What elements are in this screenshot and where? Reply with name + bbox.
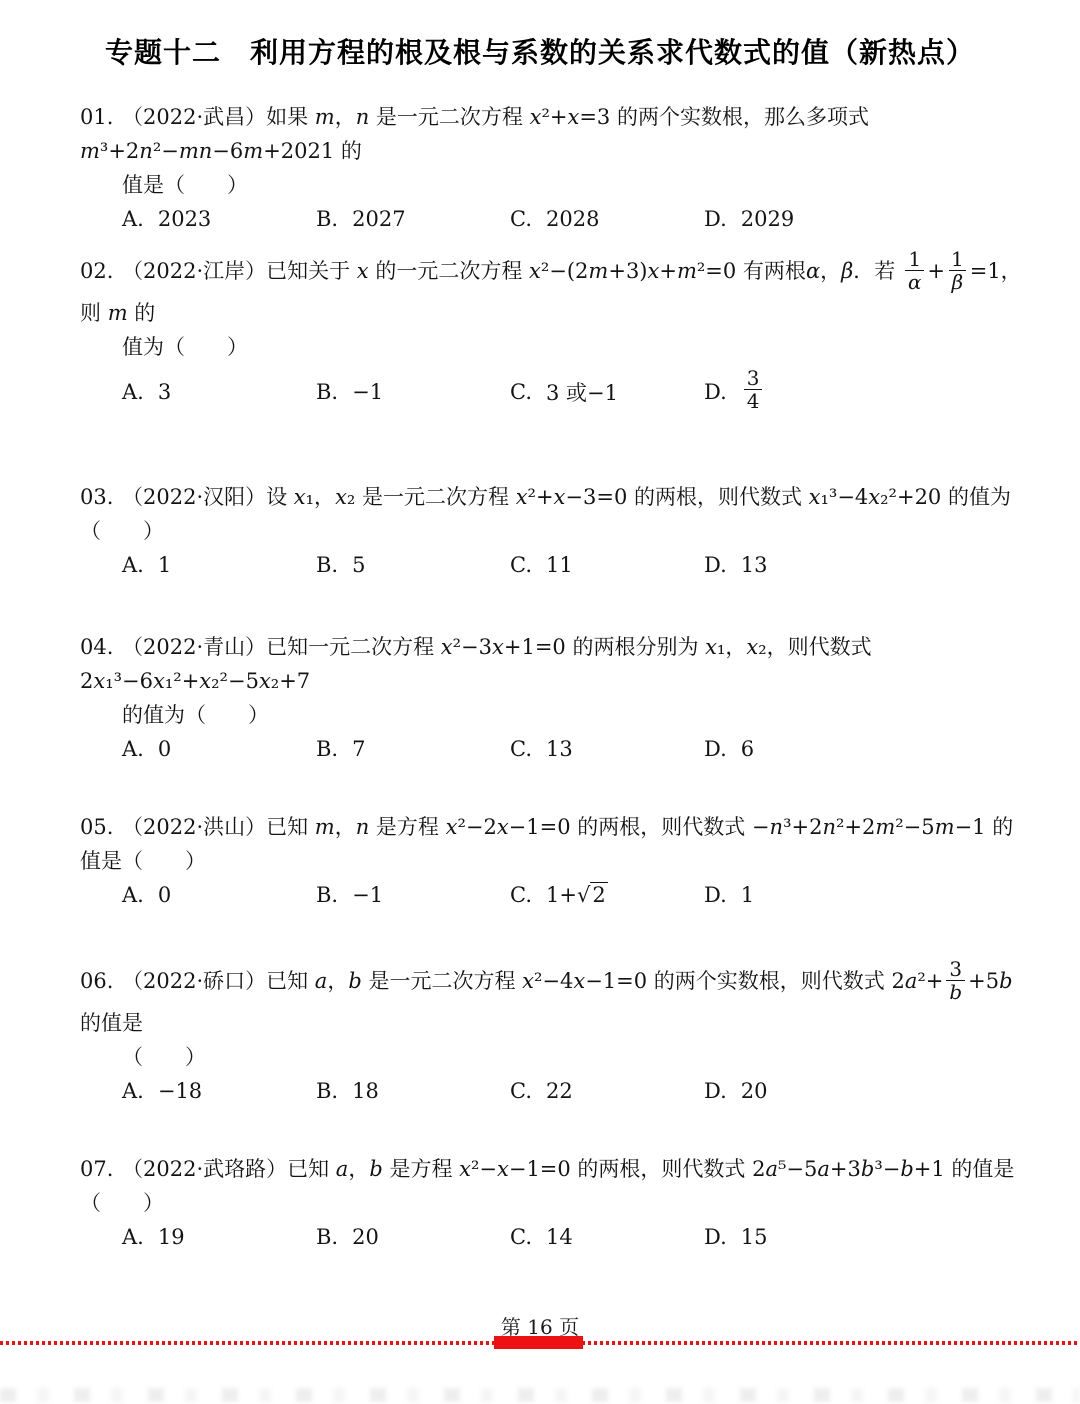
question-text: （2022·武昌）如果 m，n 是一元二次方程 x²+x=3 的两个实数根，那么… <box>80 105 869 163</box>
option-b: B.7 <box>316 737 510 761</box>
question-item: 06.（2022·硚口）已知 a，b 是一元二次方程 x²−4x−1=0 的两个… <box>80 960 1022 1103</box>
option-b: B.2027 <box>316 207 510 231</box>
option-label: C. <box>510 1079 532 1103</box>
option-label: B. <box>316 1225 338 1249</box>
option-c: C.3 或−1 <box>510 377 704 407</box>
question-line: 的值为（ ） <box>80 698 1022 732</box>
option-label: C. <box>510 883 532 907</box>
option-label: C. <box>510 380 532 404</box>
option-label: A. <box>122 553 144 577</box>
option-a: A.3 <box>122 380 316 404</box>
option-label: D. <box>704 1079 727 1103</box>
fraction: 1α <box>905 248 924 294</box>
options-row: A.1B.5C.11D.13 <box>80 553 1022 577</box>
option-b: B.−1 <box>316 380 510 404</box>
question-line: 06.（2022·硚口）已知 a，b 是一元二次方程 x²−4x−1=0 的两个… <box>80 960 1022 1040</box>
option-b: B.−1 <box>316 883 510 907</box>
page-title: 专题十二 利用方程的根及根与系数的关系求代数式的值（新热点） <box>0 31 1080 71</box>
option-c: C.14 <box>510 1225 704 1249</box>
question-line: 01.（2022·武昌）如果 m，n 是一元二次方程 x²+x=3 的两个实数根… <box>80 100 1022 168</box>
option-a: A.0 <box>122 737 316 761</box>
options-row: A.0B.−1C.1+√2D.1 <box>80 883 1022 907</box>
question-line: 02.（2022·江岸）已知关于 x 的一元二次方程 x²−(2m+3)x+m²… <box>80 250 1022 330</box>
option-value: 14 <box>546 1225 573 1249</box>
option-value: 22 <box>546 1079 573 1103</box>
option-value: 19 <box>158 1225 185 1249</box>
question-text: （2022·硚口）已知 a，b 是一元二次方程 x²−4x−1=0 的两个实数根… <box>80 969 1013 1034</box>
option-label: B. <box>316 553 338 577</box>
question-item: 05.（2022·洪山）已知 m，n 是方程 x²−2x−1=0 的两根，则代数… <box>80 810 1022 907</box>
option-value: −1 <box>352 883 383 907</box>
option-value: 18 <box>352 1079 379 1103</box>
option-value: 2023 <box>158 207 211 231</box>
option-label: C. <box>510 207 532 231</box>
option-b: B.18 <box>316 1079 510 1103</box>
option-value: 1 <box>158 553 171 577</box>
option-value: 20 <box>352 1225 379 1249</box>
question-number: 06. <box>80 964 122 998</box>
option-value: 13 <box>741 553 768 577</box>
question-item: 07.（2022·武珞路）已知 a，b 是方程 x²−x−1=0 的两根，则代数… <box>80 1152 1022 1249</box>
option-label: A. <box>122 207 144 231</box>
question-item: 04.（2022·青山）已知一元二次方程 x²−3x+1=0 的两根分别为 x₁… <box>80 630 1022 761</box>
option-label: B. <box>316 883 338 907</box>
option-c: C.1+√2 <box>510 883 704 907</box>
option-value: 13 <box>546 737 573 761</box>
option-d: D.15 <box>704 1225 1022 1249</box>
question-line: 03.（2022·汉阳）设 x₁，x₂ 是一元二次方程 x²+x−3=0 的两根… <box>80 480 1022 548</box>
question-line: （ ） <box>80 1040 1022 1074</box>
question-number: 02. <box>80 254 122 288</box>
question-line: 05.（2022·洪山）已知 m，n 是方程 x²−2x−1=0 的两根，则代数… <box>80 810 1022 878</box>
fraction: 1β <box>948 248 967 294</box>
option-a: A.1 <box>122 553 316 577</box>
option-value: 15 <box>741 1225 768 1249</box>
option-label: B. <box>316 737 338 761</box>
option-a: A.−18 <box>122 1079 316 1103</box>
footer-red-highlight <box>494 1336 583 1349</box>
question-number: 03. <box>80 480 122 514</box>
option-label: D. <box>704 207 727 231</box>
question-extra-lines: 的值为（ ） <box>80 698 1022 732</box>
option-value: 2028 <box>546 207 599 231</box>
question-number: 01. <box>80 100 122 134</box>
option-a: A.0 <box>122 883 316 907</box>
option-label: B. <box>316 207 338 231</box>
options-row: A.3B.−1C.3 或−1D.34 <box>80 369 1022 415</box>
question-extra-lines: （ ） <box>80 1040 1022 1074</box>
question-text: （2022·武珞路）已知 a，b 是方程 x²−x−1=0 的两根，则代数式 2… <box>80 1157 1014 1215</box>
option-label: D. <box>704 883 727 907</box>
option-d: D.6 <box>704 737 1022 761</box>
question-text: （2022·青山）已知一元二次方程 x²−3x+1=0 的两根分别为 x₁，x₂… <box>80 635 872 693</box>
question-extra-lines: 值是（ ） <box>80 168 1022 202</box>
question-text: （2022·汉阳）设 x₁，x₂ 是一元二次方程 x²+x−3=0 的两根，则代… <box>80 485 1011 543</box>
option-label: A. <box>122 380 144 404</box>
question-item: 03.（2022·汉阳）设 x₁，x₂ 是一元二次方程 x²+x−3=0 的两根… <box>80 480 1022 577</box>
option-label: B. <box>316 1079 338 1103</box>
question-number: 04. <box>80 630 122 664</box>
option-value: −1 <box>352 380 383 404</box>
option-label: A. <box>122 737 144 761</box>
option-a: A.19 <box>122 1225 316 1249</box>
option-label: C. <box>510 1225 532 1249</box>
option-value: 11 <box>546 553 573 577</box>
sqrt: √2 <box>577 882 608 907</box>
option-label: C. <box>510 553 532 577</box>
option-label: D. <box>704 737 727 761</box>
option-c: C.13 <box>510 737 704 761</box>
option-d: D.13 <box>704 553 1022 577</box>
fraction: 3b <box>946 958 965 1004</box>
option-c: C.22 <box>510 1079 704 1103</box>
option-label: D. <box>704 1225 727 1249</box>
question-extra-lines: 值为（ ） <box>80 330 1022 364</box>
option-value: 7 <box>352 737 365 761</box>
question-item: 02.（2022·江岸）已知关于 x 的一元二次方程 x²−(2m+3)x+m²… <box>80 250 1022 414</box>
option-b: B.5 <box>316 553 510 577</box>
options-row: A.19B.20C.14D.15 <box>80 1225 1022 1249</box>
option-label: B. <box>316 380 338 404</box>
option-a: A.2023 <box>122 207 316 231</box>
option-value: 3 或−1 <box>546 377 618 407</box>
option-value: 2027 <box>352 207 405 231</box>
question-line: 07.（2022·武珞路）已知 a，b 是方程 x²−x−1=0 的两根，则代数… <box>80 1152 1022 1220</box>
question-line: 值为（ ） <box>80 330 1022 364</box>
option-value: 0 <box>158 883 171 907</box>
option-b: B.20 <box>316 1225 510 1249</box>
option-d: D.20 <box>704 1079 1022 1103</box>
question-number: 07. <box>80 1152 122 1186</box>
option-label: A. <box>122 883 144 907</box>
question-line: 值是（ ） <box>80 168 1022 202</box>
option-label: C. <box>510 737 532 761</box>
option-value: 20 <box>741 1079 768 1103</box>
option-c: C.11 <box>510 553 704 577</box>
option-d: D.1 <box>704 883 1022 907</box>
option-label: D. <box>704 553 727 577</box>
question-item: 01.（2022·武昌）如果 m，n 是一元二次方程 x²+x=3 的两个实数根… <box>80 100 1022 231</box>
option-d: D.2029 <box>704 207 1022 231</box>
option-value: 5 <box>352 553 365 577</box>
worksheet-page: 专题十二 利用方程的根及根与系数的关系求代数式的值（新热点） 01.（2022·… <box>0 0 1080 1404</box>
scan-artifact <box>0 1388 1080 1402</box>
option-value: 1+√2 <box>546 883 608 907</box>
option-value: 2029 <box>741 207 794 231</box>
question-number: 05. <box>80 810 122 844</box>
option-value: 0 <box>158 737 171 761</box>
option-label: D. <box>704 380 727 404</box>
option-value: 34 <box>741 369 766 415</box>
option-value: −18 <box>158 1079 202 1103</box>
options-row: A.−18B.18C.22D.20 <box>80 1079 1022 1103</box>
question-text: （2022·洪山）已知 m，n 是方程 x²−2x−1=0 的两根，则代数式 −… <box>80 815 1013 873</box>
option-d: D.34 <box>704 369 1022 415</box>
option-label: A. <box>122 1225 144 1249</box>
option-label: A. <box>122 1079 144 1103</box>
options-row: A.2023B.2027C.2028D.2029 <box>80 207 1022 231</box>
option-value: 3 <box>158 380 171 404</box>
question-text: （2022·江岸）已知关于 x 的一元二次方程 x²−(2m+3)x+m²=0 … <box>80 259 1022 324</box>
fraction: 34 <box>744 367 763 413</box>
options-row: A.0B.7C.13D.6 <box>80 737 1022 761</box>
option-value: 6 <box>741 737 754 761</box>
question-line: 04.（2022·青山）已知一元二次方程 x²−3x+1=0 的两根分别为 x₁… <box>80 630 1022 698</box>
option-c: C.2028 <box>510 207 704 231</box>
option-value: 1 <box>741 883 754 907</box>
